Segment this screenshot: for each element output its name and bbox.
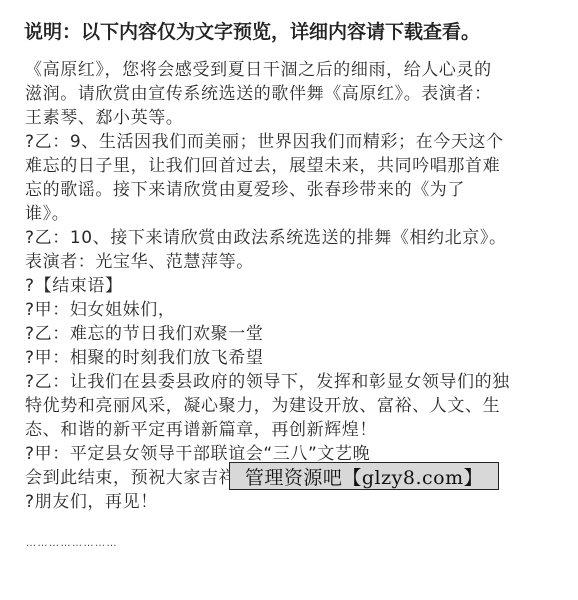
doc-line: ?乙：9、生活因我们而美丽；世界因我们而精彩；在今天这个 [25, 130, 555, 154]
doc-line: 王素琴、郄小英等。 [25, 106, 555, 130]
watermark-banner: 管理资源吧【glzy8.com】 [229, 462, 499, 490]
doc-line: 滋润。请欣赏由宣传系统选送的歌伴舞《高原红》。表演者： [25, 82, 555, 106]
doc-line: 《高原红》，您将会感受到夏日干涸之后的细雨，给人心灵的 [25, 58, 555, 82]
doc-line: ?甲：相聚的时刻我们放飞希望 [25, 346, 555, 370]
doc-line: ?乙：10、接下来请欣赏由政法系统选送的排舞《相约北京》。 [25, 226, 555, 250]
doc-line: ?朋友们，再见！ [25, 490, 555, 514]
doc-line: 特优势和亮丽风采，凝心聚力，为建设开放、富裕、人文、生 [25, 394, 555, 418]
end-dotted-separator: …………………… [26, 538, 118, 549]
preview-notice-heading: 说明：以下内容仅为文字预览，详细内容请下载查看。 [24, 19, 480, 45]
doc-line: ?甲：妇女姐妹们， [25, 298, 555, 322]
doc-line: ?【结束语】 [25, 274, 555, 298]
doc-line: 难忘的日子里，让我们回首过去，展望未来，共同吟唱那首难 [25, 154, 555, 178]
doc-line: ?乙：让我们在县委县政府的领导下，发挥和彰显女领导们的独 [25, 370, 555, 394]
doc-line: 谁》。 [25, 202, 555, 226]
watermark-text: 管理资源吧【glzy8.com】 [245, 463, 483, 490]
document-body: 《高原红》，您将会感受到夏日干涸之后的细雨，给人心灵的 滋润。请欣赏由宣传系统选… [25, 58, 555, 514]
doc-line: 态、和谐的新平定再谱新篇章，再创新辉煌！ [25, 418, 555, 442]
doc-line: ?乙：难忘的节日我们欢聚一堂 [25, 322, 555, 346]
doc-line: 表演者：光宝华、范慧萍等。 [25, 250, 555, 274]
doc-line: 忘的歌谣。接下来请欣赏由夏爱珍、张春珍带来的《为了 [25, 178, 555, 202]
